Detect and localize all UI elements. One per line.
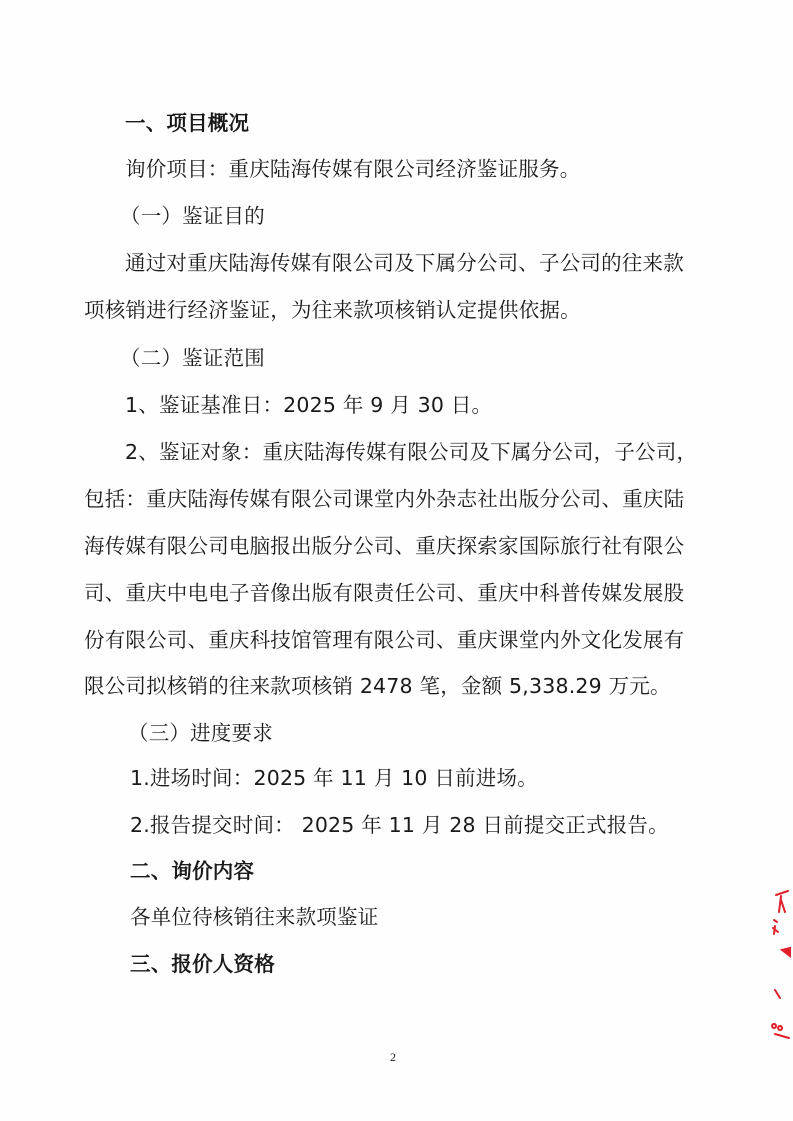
schedule-report-time: 2.报告提交时间： 2025 年 11 月 28 日前提交正式报告。 (130, 812, 750, 838)
subheading-schedule: （三）进度要求 (128, 720, 748, 746)
scope-objects-line-1: 2、鉴证对象：重庆陆海传媒有限公司及下属分公司，子公司， (125, 439, 745, 465)
scope-objects-line-4: 司、重庆中电电子音像出版有限责任公司、重庆中科普传媒发展股 (84, 580, 704, 606)
section-heading-bidder-qualification: 三、报价人资格 (130, 951, 750, 977)
document-page: 一、项目概况 询价项目：重庆陆海传媒有限公司经济鉴证服务。 （一）鉴证目的 通过… (0, 0, 793, 1121)
section-heading-project-overview: 一、项目概况 (125, 110, 745, 136)
scope-objects-line-2: 包括：重庆陆海传媒有限公司课堂内外杂志社出版分公司、重庆陆 (84, 486, 704, 512)
page-number: 2 (390, 1050, 396, 1065)
inquiry-content-text: 各单位待核销往来款项鉴证 (130, 904, 750, 930)
scope-base-date: 1、鉴证基准日：2025 年 9 月 30 日。 (125, 392, 745, 418)
subheading-purpose: （一）鉴证目的 (120, 203, 740, 229)
purpose-text-line-2: 项核销进行经济鉴证，为往来款项核销认定提供依据。 (84, 297, 704, 323)
section-heading-inquiry-content: 二、询价内容 (130, 858, 750, 884)
scope-objects-line-3: 海传媒有限公司电脑报出版分公司、重庆探索家国际旅行社有限公 (84, 533, 704, 559)
schedule-entry-time: 1.进场时间：2025 年 11 月 10 日前进场。 (130, 765, 750, 791)
scope-objects-line-6: 限公司拟核销的往来款项核销 2478 笔，金额 5,338.29 万元。 (84, 673, 704, 699)
purpose-text-line-1: 通过对重庆陆海传媒有限公司及下属分公司、子公司的往来款 (125, 250, 745, 276)
subheading-scope: （二）鉴证范围 (120, 345, 740, 371)
inquiry-project-text: 询价项目：重庆陆海传媒有限公司经济鉴证服务。 (125, 156, 745, 182)
seal-stamp-fragment-icon (762, 882, 793, 1052)
scope-objects-line-5: 份有限公司、重庆科技馆管理有限公司、重庆课堂内外文化发展有 (84, 627, 704, 653)
